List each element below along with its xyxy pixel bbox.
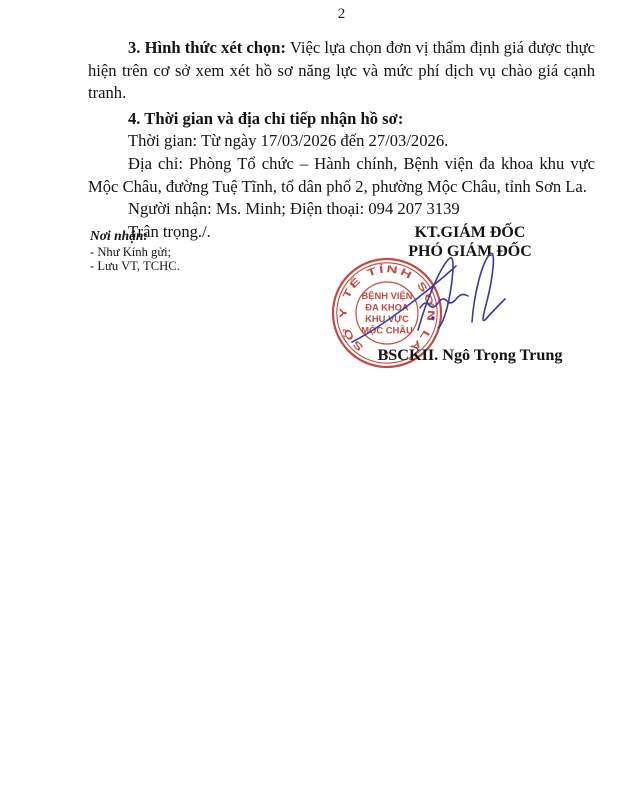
signature-icon <box>340 246 515 358</box>
recipients-block: Nơi nhận: - Như Kính gửi; - Lưu VT, TCHC… <box>90 228 310 273</box>
recipients-heading: Nơi nhận: <box>90 228 310 244</box>
signature-dot <box>431 316 434 319</box>
document-page: 2 3. Hình thức xét chọn: Việc lựa chọn đ… <box>0 0 633 801</box>
signer-title-line1: KT.GIÁM ĐỐC <box>370 224 570 243</box>
page-number: 2 <box>88 6 595 23</box>
recipient-item: - Như Kính gửi; <box>90 246 310 260</box>
paragraph-recipient: Người nhận: Ms. Minh; Điện thoại: 094 20… <box>88 198 595 221</box>
signer-name: BSCKII. Ngô Trọng Trung <box>355 346 585 365</box>
paragraph-address: Địa chỉ: Phòng Tổ chức – Hành chính, Bện… <box>88 153 595 198</box>
section-3-label: 3. Hình thức xét chọn: <box>128 38 286 57</box>
recipient-item: - Lưu VT, TCHC. <box>90 260 310 274</box>
paragraph-section-3: 3. Hình thức xét chọn: Việc lựa chọn đơn… <box>88 37 595 105</box>
heading-section-4: 4. Thời gian và địa chỉ tiếp nhận hồ sơ: <box>88 108 595 131</box>
document-body: 3. Hình thức xét chọn: Việc lựa chọn đơn… <box>88 37 595 243</box>
paragraph-time: Thời gian: Từ ngày 17/03/2026 đến 27/03/… <box>88 130 595 153</box>
